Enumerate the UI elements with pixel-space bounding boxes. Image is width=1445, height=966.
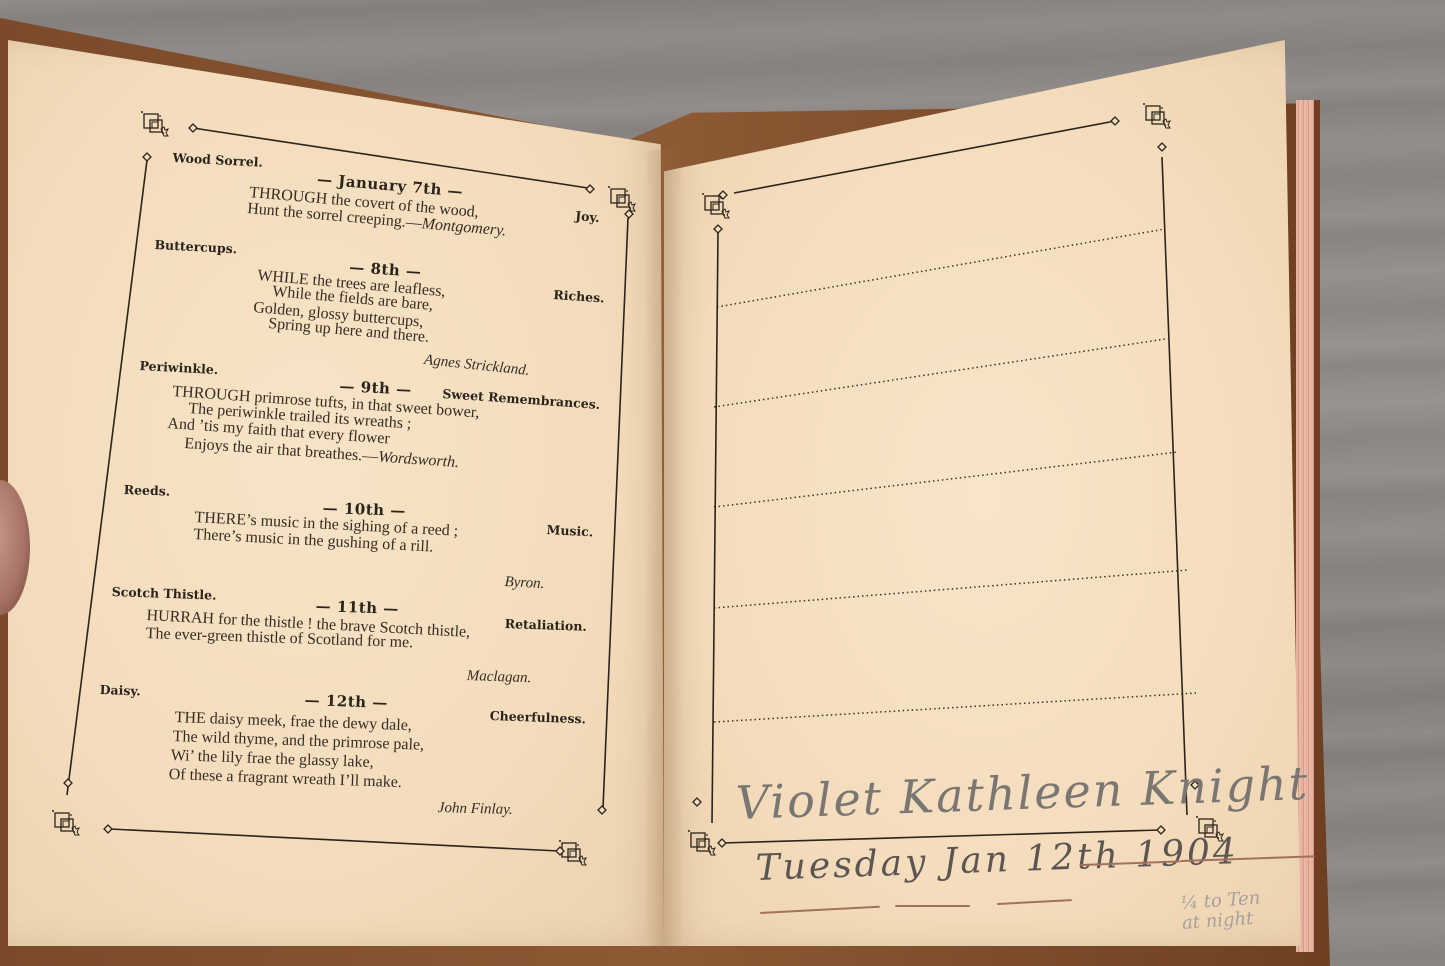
author: Maclagan.	[466, 668, 531, 687]
author: Byron.	[504, 574, 545, 593]
meaning-label: Joy.	[575, 208, 601, 225]
entry-date: — 11th —	[315, 597, 399, 618]
pen-underline	[895, 905, 970, 907]
flower-label: Reeds.	[123, 482, 170, 499]
meaning-label: Retaliation.	[504, 616, 587, 634]
handwritten-note: ¼ to Ten at night	[1180, 888, 1262, 933]
meaning-label: Music.	[546, 522, 593, 539]
author: John Finlay.	[438, 800, 513, 819]
entry-date: — 12th —	[304, 691, 388, 712]
flower-label: Daisy.	[99, 682, 140, 698]
book-gutter	[644, 150, 684, 946]
page-edges	[1296, 100, 1320, 952]
